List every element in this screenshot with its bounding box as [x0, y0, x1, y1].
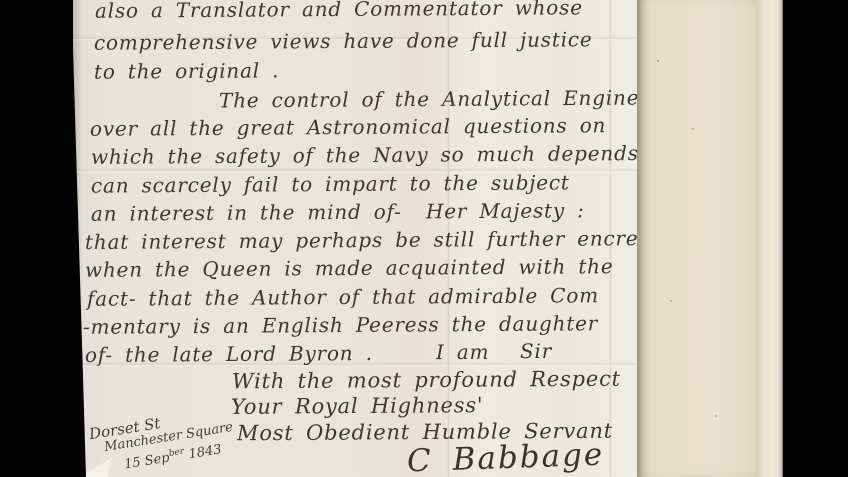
letter-body-line: comprehensive views have done full justi… [94, 27, 593, 55]
letter-body-line: to the original . [94, 58, 279, 84]
letter-body-line: The control of the Analytical Engine [219, 86, 639, 114]
letter-body-line: can scarcely fail to impart to the subje… [91, 170, 570, 198]
letter-body-line: when the Queen is made acquainted with t… [85, 254, 614, 283]
letter-body-line: -mentary is an English Peeress the daugh… [83, 311, 598, 340]
paper-speck [670, 300, 672, 302]
album-page [637, 0, 756, 477]
letter-body-line: an interest in the mind of- Her Majesty … [91, 198, 585, 226]
letter-body-line: that interest may perhaps be still furth… [85, 226, 662, 255]
paper-speck [657, 60, 659, 62]
signature: C Babbage [406, 437, 604, 477]
letter-paper: also a Translator and Commentator whose … [71, 0, 637, 477]
date-superscript: ber [168, 447, 185, 459]
date-day-month: 15 Sep [123, 450, 170, 472]
date-year: 1843 [184, 442, 223, 463]
valediction-line-1: With the most profound Respect [232, 367, 621, 395]
valediction-sir: Sir [520, 339, 552, 364]
valediction-line-2: Your Royal Highness' [231, 393, 484, 420]
paper-left-edge-shadow [71, 0, 83, 477]
paper-speck [692, 128, 694, 130]
letter-body-line: which the safety of the Navy so much dep… [91, 141, 639, 170]
letter-body-line: also a Translator and Commentator whose [95, 0, 583, 24]
book-page-edge-strip [756, 0, 783, 477]
valediction-i-am: I am [436, 340, 490, 365]
letter-body-line: over all the great Astronomical question… [90, 113, 606, 142]
address-block: Dorset St Manchester Square 15 Sepber 18… [84, 407, 221, 477]
letter-body-line: fact- that the Author of that admirable … [87, 283, 599, 312]
paper-speck [715, 415, 717, 417]
letter-body-line: of- the late Lord Byron . [85, 341, 373, 368]
letter-photo: also a Translator and Commentator whose … [0, 0, 848, 477]
